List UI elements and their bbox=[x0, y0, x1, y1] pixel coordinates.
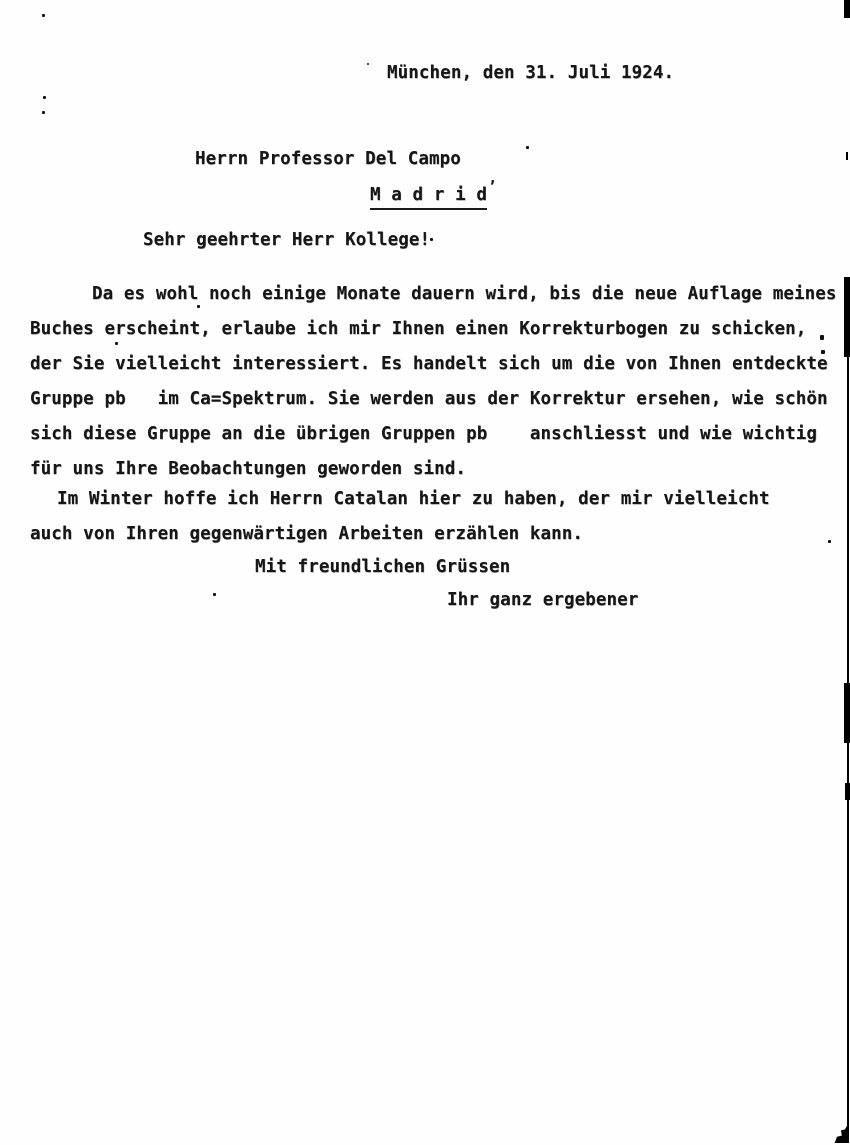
letter-recipient: Herrn Professor Del Campo bbox=[195, 148, 461, 170]
paragraph2-line: Im Winter hoffe ich Herrn Catalan hier z… bbox=[57, 488, 770, 510]
ink-speck bbox=[526, 146, 529, 149]
paragraph1-line: der Sie vielleicht interessiert. Es hand… bbox=[30, 353, 828, 375]
paragraph1-line: für uns Ihre Beobachtungen geworden sind… bbox=[30, 458, 466, 480]
letter-dateline: München, den 31. Juli 1924. bbox=[387, 62, 674, 84]
ink-speck bbox=[42, 14, 45, 17]
scan-edge-mark bbox=[844, 277, 850, 357]
ink-speck bbox=[820, 335, 824, 340]
ink-speck bbox=[430, 238, 433, 241]
letter-salutation: Sehr geehrter Herr Kollege! bbox=[143, 229, 430, 251]
ink-speck bbox=[115, 342, 118, 345]
letter-city-line: M a d r i d’ bbox=[370, 176, 497, 206]
scan-edge-mark bbox=[847, 357, 849, 683]
letter-city: M a d r i d bbox=[370, 185, 487, 210]
ink-speck bbox=[43, 96, 46, 99]
scan-corner-blob bbox=[833, 1122, 849, 1143]
ink-speck bbox=[821, 350, 825, 354]
paragraph1-line: sich diese Gruppe an die übrigen Gruppen… bbox=[30, 423, 817, 445]
letter-closing: Mit freundlichen Grüssen bbox=[255, 556, 510, 578]
scan-edge-mark bbox=[844, 683, 850, 743]
ink-speck bbox=[197, 305, 200, 308]
letter-city-mark: ’ bbox=[488, 179, 497, 195]
ink-speck bbox=[42, 111, 45, 114]
scanned-letter-page: München, den 31. Juli 1924. Herrn Profes… bbox=[0, 0, 850, 1145]
scan-edge-mark bbox=[844, 0, 850, 18]
letter-signature: Ihr ganz ergebener bbox=[447, 589, 638, 611]
ink-speck bbox=[367, 63, 369, 65]
paragraph1-line: Buches erscheint, erlaube ich mir Ihnen … bbox=[30, 318, 806, 340]
ink-speck bbox=[213, 593, 216, 596]
scan-edge-mark bbox=[847, 743, 849, 783]
scan-edge-mark bbox=[846, 152, 848, 160]
paragraph2-line: auch von Ihren gegenwärtigen Arbeiten er… bbox=[30, 523, 583, 545]
scan-edge-mark bbox=[847, 800, 849, 1125]
scan-edge-mark bbox=[845, 783, 850, 800]
ink-speck bbox=[828, 540, 831, 543]
paragraph1-line: Da es wohl noch einige Monate dauern wir… bbox=[92, 283, 837, 305]
paragraph1-line: Gruppe pb im Ca=Spektrum. Sie werden aus… bbox=[30, 388, 828, 410]
